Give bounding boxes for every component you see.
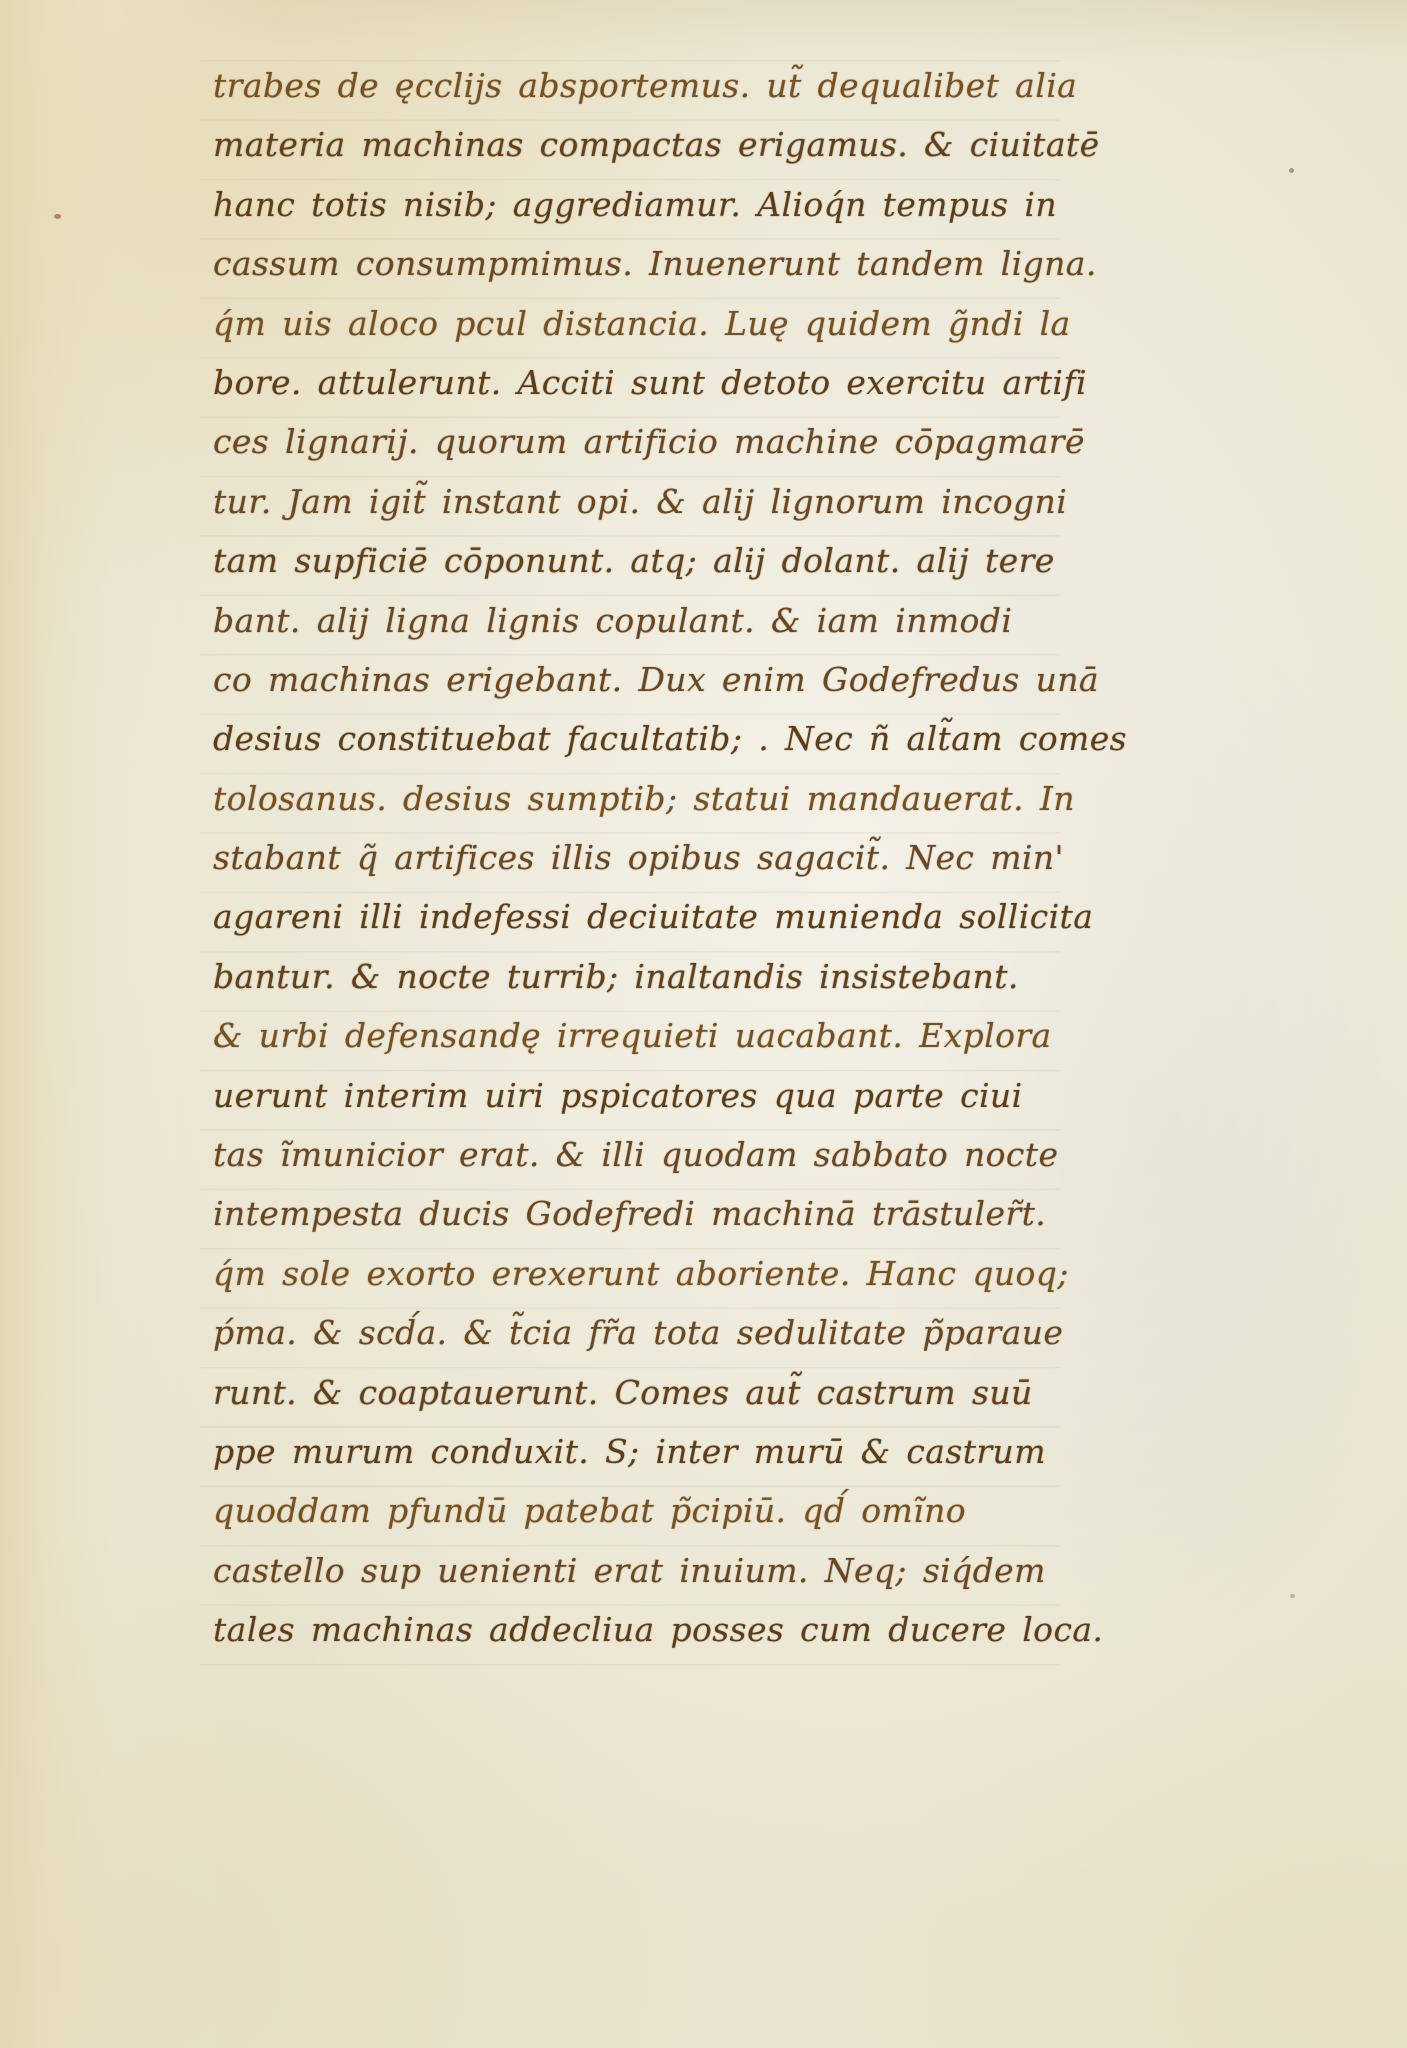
text-block: trabes de ęcclijs absportemus. ut̃ dequa…: [213, 56, 1073, 1660]
manuscript-text-line: hanc totis nisib; aggrediamur. Alioq́n t…: [213, 175, 1073, 234]
manuscript-text-line: castello sup uenienti erat inuium. Neq; …: [213, 1541, 1073, 1600]
manuscript-text-line: q́m uis aloco pcul distancia. Luę quidem…: [213, 294, 1073, 353]
manuscript-text-line: bantur. & nocte turrib; inaltandis insis…: [213, 947, 1073, 1006]
manuscript-text-line: stabant q̃ artifices illis opibus sagaci…: [213, 828, 1073, 887]
manuscript-text-line: runt. & coaptauerunt. Comes aut̃ castrum…: [213, 1363, 1073, 1422]
manuscript-text-line: ṕma. & scd́a. & t̃cia fr̃a tota sedulita…: [213, 1303, 1073, 1362]
manuscript-text-line: bore. attulerunt. Acciti sunt detoto exe…: [213, 353, 1073, 412]
manuscript-text-line: trabes de ęcclijs absportemus. ut̃ dequa…: [213, 56, 1073, 115]
manuscript-text-line: ces lignarij. quorum artificio machine c…: [213, 412, 1073, 471]
manuscript-text-line: uerunt interim uiri pspicatores qua part…: [213, 1066, 1073, 1125]
manuscript-page: trabes de ęcclijs absportemus. ut̃ dequa…: [0, 0, 1407, 2048]
manuscript-text-line: desius constituebat facultatib; . Nec ñ …: [213, 709, 1073, 768]
manuscript-text-line: & urbi defensandę irrequieti uacabant. E…: [213, 1006, 1073, 1065]
manuscript-text-line: materia machinas compactas erigamus. & c…: [213, 115, 1073, 174]
manuscript-text-line: agareni illi indefessi deciuitate munien…: [213, 887, 1073, 946]
parchment-speck: [54, 214, 61, 219]
manuscript-text-line: q́m sole exorto erexerunt aboriente. Han…: [213, 1244, 1073, 1303]
parchment-speck: [1289, 168, 1294, 173]
manuscript-text-line: tas ĩmunicior erat. & illi quodam sabbat…: [213, 1125, 1073, 1184]
manuscript-text-line: tales machinas addecliua posses cum duce…: [213, 1600, 1073, 1659]
manuscript-text-line: ppe murum conduxit. S; inter murū & cast…: [213, 1422, 1073, 1481]
manuscript-text-line: tam supficiē cōponunt. atq; alij dolant.…: [213, 531, 1073, 590]
manuscript-text-line: quoddam pfundū patebat p̃cipiū. qd́ omĩn…: [213, 1481, 1073, 1540]
parchment-speck: [1290, 1594, 1295, 1598]
manuscript-text-line: co machinas erigebant. Dux enim Godefred…: [213, 650, 1073, 709]
manuscript-text-line: tur. Jam igit̃ instant opi. & alij ligno…: [213, 472, 1073, 531]
manuscript-text-line: tolosanus. desius sumptib; statui mandau…: [213, 769, 1073, 828]
manuscript-text-line: intempesta ducis Godefredi machinā trāst…: [213, 1184, 1073, 1243]
manuscript-text-line: cassum consumpmimus. Inuenerunt tandem l…: [213, 234, 1073, 293]
manuscript-text-line: bant. alij ligna lignis copulant. & iam …: [213, 591, 1073, 650]
